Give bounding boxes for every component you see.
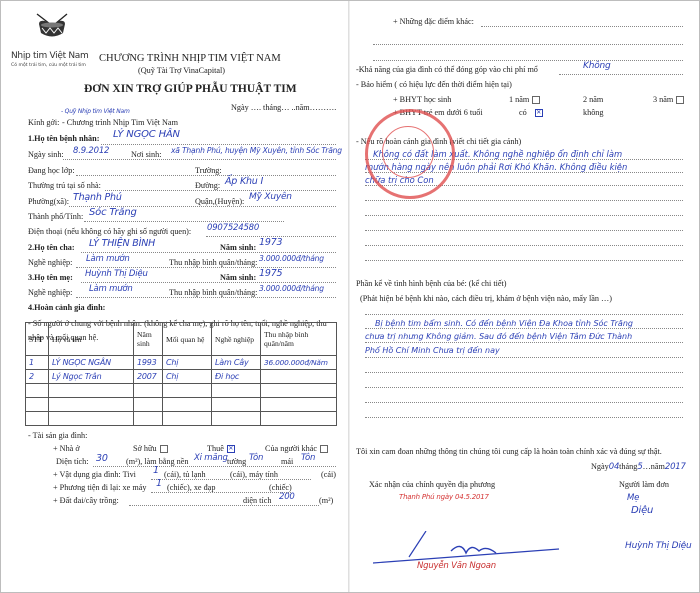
table-cell[interactable]	[49, 398, 134, 412]
other-features-label: + Những đặc điểm khác:	[393, 17, 474, 26]
district-value[interactable]: Mỹ Xuyên	[249, 192, 292, 202]
mother-job-label: Nghề nghiệp:	[28, 288, 72, 297]
ward-label: Phường(xã):	[28, 197, 69, 206]
rent-checkbox[interactable]: ✕	[227, 445, 235, 453]
option-label: có	[519, 108, 527, 117]
bhyt-1-year-checkbox[interactable]	[532, 96, 540, 104]
street-value[interactable]: Ấp Khu I	[225, 176, 263, 187]
date-line: Ngày …. tháng… ..năm……….	[231, 103, 336, 112]
table-cell[interactable]	[49, 412, 134, 426]
class-label: Đang học lớp:	[28, 166, 75, 175]
father-income-label: Thu nhập bình quân/tháng:	[169, 258, 257, 267]
table-cell[interactable]	[163, 412, 212, 426]
table-cell[interactable]: 1993	[134, 356, 163, 370]
contribution-label: -Khả năng của gia đình có thể đóng góp v…	[356, 65, 538, 74]
table-row: 1LÝ NGỌC NGÂN1993ChịLàm Cây36.000.000đ/N…	[26, 356, 337, 370]
mother-job[interactable]: Làm mướn	[89, 284, 133, 294]
applicant-signature: Diệu	[631, 505, 653, 516]
assets-label: - Tài sản gia đình:	[28, 431, 87, 440]
mother-income-label: Thu nhập bình quân/tháng:	[169, 288, 257, 297]
logo-tagline: Có một trái tim, cứu một trái tim	[11, 63, 86, 68]
father-birth-year[interactable]: 1973	[259, 237, 282, 248]
mother-birth-year[interactable]: 1975	[259, 268, 282, 279]
school-label: Trường:	[195, 166, 222, 175]
address-number-label: Thường trú tại số nhà:	[28, 181, 101, 190]
bhyt-student-label: + BHYT học sinh	[393, 95, 451, 104]
option-label: 1 năm	[509, 95, 529, 104]
bhyt-3-year-option[interactable]: 3 năm	[653, 95, 684, 104]
bhyt-child-yes-checkbox[interactable]: ✕	[535, 109, 543, 117]
form-page-2: + Những đặc điểm khác: -Khả năng của gia…	[351, 1, 699, 592]
others-option[interactable]: Của người khác	[265, 444, 328, 453]
illness-label: Phần kể về tình hình bệnh của bé: (kể ch…	[356, 279, 507, 288]
official-seal-stamp	[365, 109, 455, 199]
recipient-printed: - Chương trình Nhịp Tim Việt Nam	[62, 118, 178, 127]
table-cell[interactable]	[261, 370, 337, 384]
option-label: 3 năm	[653, 95, 673, 104]
col-income: Thu nhập bình quân/năm	[261, 323, 337, 356]
roof-label: mái	[281, 457, 293, 466]
patient-name-label: 1.Họ tên bệnh nhân:	[28, 134, 99, 143]
program-title: CHƯƠNG TRÌNH NHỊP TIM VIỆT NAM	[99, 53, 281, 64]
own-option[interactable]: Sở hữu	[133, 444, 168, 453]
col-relationship: Mối quan hệ	[163, 323, 212, 356]
bhyt-1-year-option[interactable]: 1 năm	[509, 95, 540, 104]
table-cell[interactable]: 2	[26, 370, 49, 384]
family-section-label: 4.Hoàn cảnh gia đình:	[28, 303, 105, 312]
fridge-label: (cái), tủ lạnh	[164, 470, 206, 479]
appliances-label: + Vật dụng gia đình: Tivi	[53, 470, 136, 479]
father-job-label: Nghề nghiệp:	[28, 258, 72, 267]
table-row	[26, 412, 337, 426]
mother-name[interactable]: Huỳnh Thị Diệu	[85, 269, 148, 279]
table-cell[interactable]	[212, 384, 261, 398]
table-cell[interactable]	[261, 412, 337, 426]
table-cell[interactable]: Chị	[163, 356, 212, 370]
dob-value[interactable]: 8.9.2012	[73, 146, 109, 156]
computer-label: (cái), máy tính	[230, 470, 278, 479]
birthplace-label: Nơi sinh:	[131, 150, 162, 159]
table-cell[interactable]	[261, 384, 337, 398]
table-cell[interactable]	[134, 412, 163, 426]
heart-drum-logo-icon	[35, 13, 69, 39]
table-cell[interactable]	[134, 398, 163, 412]
others-label: Của người khác	[265, 444, 317, 453]
illness-line[interactable]: Bị bệnh tim bẩm sinh. Có đến bệnh Viện Đ…	[375, 319, 633, 328]
col-birth-year: Năm sinh	[134, 323, 163, 356]
floor-value[interactable]: Xi măng	[194, 453, 228, 463]
col-stt: STT	[26, 323, 49, 356]
table-cell[interactable]	[212, 412, 261, 426]
motorbike-count[interactable]: 1	[156, 478, 162, 489]
table-row	[26, 398, 337, 412]
col-name: Họ và tên	[49, 323, 134, 356]
col-occupation: Nghề nghiệp	[212, 323, 261, 356]
table-cell[interactable]	[212, 398, 261, 412]
district-label: Quận,(Huyện):	[195, 197, 244, 206]
land-unit: (m²)	[319, 496, 333, 505]
table-cell[interactable]: Lý Ngọc Trân	[49, 370, 134, 384]
land-label: + Đất đai/cây trồng:	[53, 496, 119, 505]
year-label: …năm	[643, 462, 665, 471]
page-fold	[348, 1, 350, 592]
household-table: STT Họ và tên Năm sinh Mối quan hệ Nghề …	[25, 322, 337, 426]
table-cell[interactable]: Đi học	[212, 370, 261, 384]
table-row	[26, 384, 337, 398]
month-label: tháng	[619, 462, 637, 471]
mother-name-label: 3.Họ tên mẹ:	[28, 273, 73, 282]
table-cell[interactable]	[163, 398, 212, 412]
patient-name[interactable]: LÝ NGỌC HÂN	[113, 129, 180, 140]
bhyt-child-yes-option[interactable]: có✕	[519, 108, 543, 117]
authority-date-note: Thạnh Phú ngày 04.5.2017	[399, 493, 489, 501]
street-label: Đường:	[195, 181, 220, 190]
table-cell[interactable]: 2007	[134, 370, 163, 384]
area-label: Diện tích:	[56, 457, 89, 466]
city-value[interactable]: Sóc Trăng	[89, 207, 137, 218]
bhyt-2-year-option[interactable]: 2 năm	[583, 95, 603, 104]
table-row: 2Lý Ngọc Trân2007ChịĐi học	[26, 370, 337, 384]
tv-count[interactable]: 1	[153, 465, 159, 476]
date-prefix: Ngày	[591, 462, 609, 471]
table-cell[interactable]	[134, 384, 163, 398]
unit-cai: (cái)	[321, 470, 336, 479]
table-cell[interactable]	[26, 398, 49, 412]
table-cell[interactable]: LÝ NGỌC NGÂN	[49, 356, 134, 370]
mother-income[interactable]: 3.000.000đ/tháng	[259, 284, 324, 293]
own-checkbox[interactable]	[160, 445, 168, 453]
illness-line[interactable]: chưa trị nhưng Không giảm. Sau đó đến bệ…	[365, 332, 632, 341]
sign-day[interactable]: 04	[609, 462, 619, 472]
authority-label: Xác nhận của chính quyền địa phương	[369, 480, 495, 489]
wall-label: tường	[227, 457, 246, 466]
sign-date: Ngày04tháng5…năm2017	[591, 462, 686, 472]
authority-signer: Nguyễn Văn Ngoan	[417, 561, 496, 571]
transport-label: + Phương tiện đi lại: xe máy	[53, 483, 146, 492]
city-label: Thành phố/Tỉnh:	[28, 212, 83, 221]
illness-line[interactable]: Phố Hồ Chí Minh Chưa trị đến nay	[365, 346, 500, 355]
wall-value[interactable]: Tôn	[249, 453, 263, 463]
insurance-label: - Bảo hiểm ( có hiệu lực đến thời điểm h…	[356, 80, 512, 89]
table-cell[interactable]: Làm Cây	[212, 356, 261, 370]
father-name-label: 2.Họ tên cha:	[28, 243, 75, 252]
recipient-handwritten: - Quỹ Nhịp tim Việt Nam	[61, 108, 130, 115]
own-label: Sở hữu	[133, 444, 157, 453]
sponsor-subtitle: (Quỹ Tài Trợ VinaCapital)	[138, 66, 225, 75]
mother-birth-year-label: Năm sinh:	[220, 273, 256, 282]
application-form-scan: Nhịp tim Việt Nam Có một trái tim, cứu m…	[0, 0, 700, 593]
unit-chiec: (chiếc)	[269, 483, 292, 492]
dob-label: Ngày sinh:	[28, 150, 64, 159]
bhyt-3-year-checkbox[interactable]	[676, 96, 684, 104]
declaration-text: Tôi xin cam đoan những thông tin chúng t…	[356, 447, 662, 456]
father-income[interactable]: 3.000.000đ/tháng	[259, 254, 324, 263]
phone-value[interactable]: 0907524580	[207, 223, 259, 233]
father-job[interactable]: Làm mướn	[86, 254, 130, 264]
option-label: 2 năm	[583, 95, 603, 104]
applicant-full-name: Huỳnh Thị Diệu	[625, 541, 692, 551]
table-cell[interactable]	[26, 412, 49, 426]
bicycle-label: (chiếc), xe đạp	[167, 483, 215, 492]
father-name[interactable]: LÝ THIỆN BÌNH	[89, 238, 155, 249]
land-area-value[interactable]: 200	[279, 492, 295, 502]
recipient-label: Kính gởi:	[28, 118, 59, 127]
father-birth-year-label: Năm sinh:	[220, 243, 256, 252]
table-cell[interactable]: Chị	[163, 370, 212, 384]
table-header-row: STT Họ và tên Năm sinh Mối quan hệ Nghề …	[26, 323, 337, 356]
others-checkbox[interactable]	[320, 445, 328, 453]
table-cell[interactable]: 1	[26, 356, 49, 370]
applicant-relation: Mẹ	[627, 493, 639, 503]
phone-label: Điện thoại (nếu không có hãy ghi số ngườ…	[28, 227, 191, 236]
bhyt-child-no-option[interactable]: không	[583, 108, 603, 117]
table-cell[interactable]	[49, 384, 134, 398]
table-cell[interactable]	[163, 384, 212, 398]
rent-label: Thuê	[207, 444, 224, 453]
applicant-label: Người làm đơn	[619, 480, 669, 489]
area-value[interactable]: 30	[96, 453, 108, 464]
roof-value[interactable]: Tôn	[301, 453, 315, 463]
form-title: ĐƠN XIN TRỢ GIÚP PHẪU THUẬT TIM	[84, 83, 297, 95]
land-area-label: diện tích	[243, 496, 271, 505]
contribution-value[interactable]: Không	[583, 61, 611, 71]
table-cell[interactable]	[26, 384, 49, 398]
logo-name: Nhịp tim Việt Nam	[11, 51, 88, 61]
form-page-1: Nhịp tim Việt Nam Có một trái tim, cứu m…	[1, 1, 347, 592]
table-cell[interactable]	[261, 398, 337, 412]
birthplace-value[interactable]: xã Thạnh Phú, huyện Mỹ Xuyên, tỉnh Sóc T…	[171, 146, 342, 155]
illness-hint: (Phát hiện bé bệnh khi nào, cách điều tr…	[360, 294, 612, 303]
ward-value[interactable]: Thạnh Phú	[73, 192, 122, 203]
sign-year[interactable]: 2017	[665, 462, 686, 472]
table-cell[interactable]: 36.000.000đ/Năm	[261, 356, 337, 370]
house-label: + Nhà ở	[53, 444, 80, 453]
rent-option[interactable]: Thuê✕	[207, 444, 235, 453]
